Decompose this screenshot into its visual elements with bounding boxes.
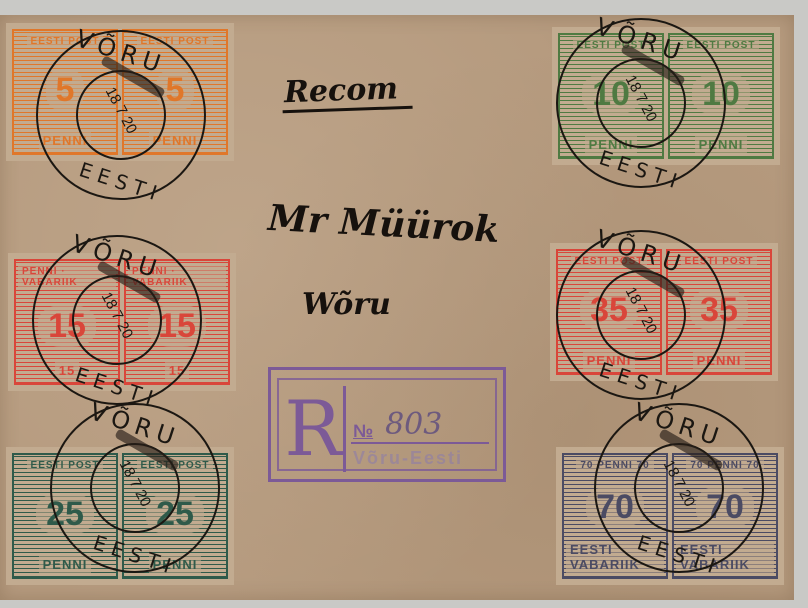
- postmark: VÕRU 18 7 20 EESTI: [556, 18, 726, 188]
- registration-letter: R: [283, 386, 346, 472]
- handwritten-town: Wõru: [302, 287, 391, 322]
- postmark: VÕRU 18 7 20 EESTI: [594, 403, 764, 573]
- envelope: EESTI POST 5 PENNI EESTI POST 5 PENNI EE…: [0, 15, 794, 600]
- registration-number-line: № 803: [351, 398, 489, 444]
- registration-label: R № 803 Võru-Eesti: [268, 367, 506, 482]
- stamp-bottom-text: PENNI: [39, 556, 92, 573]
- handwritten-addressee: Mr Müürok: [267, 197, 500, 251]
- postmark: VÕRU 18 7 20 EESTI: [32, 235, 202, 405]
- handwritten-recom: Recom: [281, 71, 412, 114]
- registration-number: 803: [385, 407, 442, 442]
- postmark: VÕRU 18 7 20 EESTI: [556, 230, 726, 400]
- registration-office: Võru-Eesti: [353, 448, 463, 469]
- number-sign: №: [353, 421, 373, 442]
- postmark: VÕRU 18 7 20 EESTI: [50, 403, 220, 573]
- postmark: VÕRU 18 7 20 EESTI: [36, 30, 206, 200]
